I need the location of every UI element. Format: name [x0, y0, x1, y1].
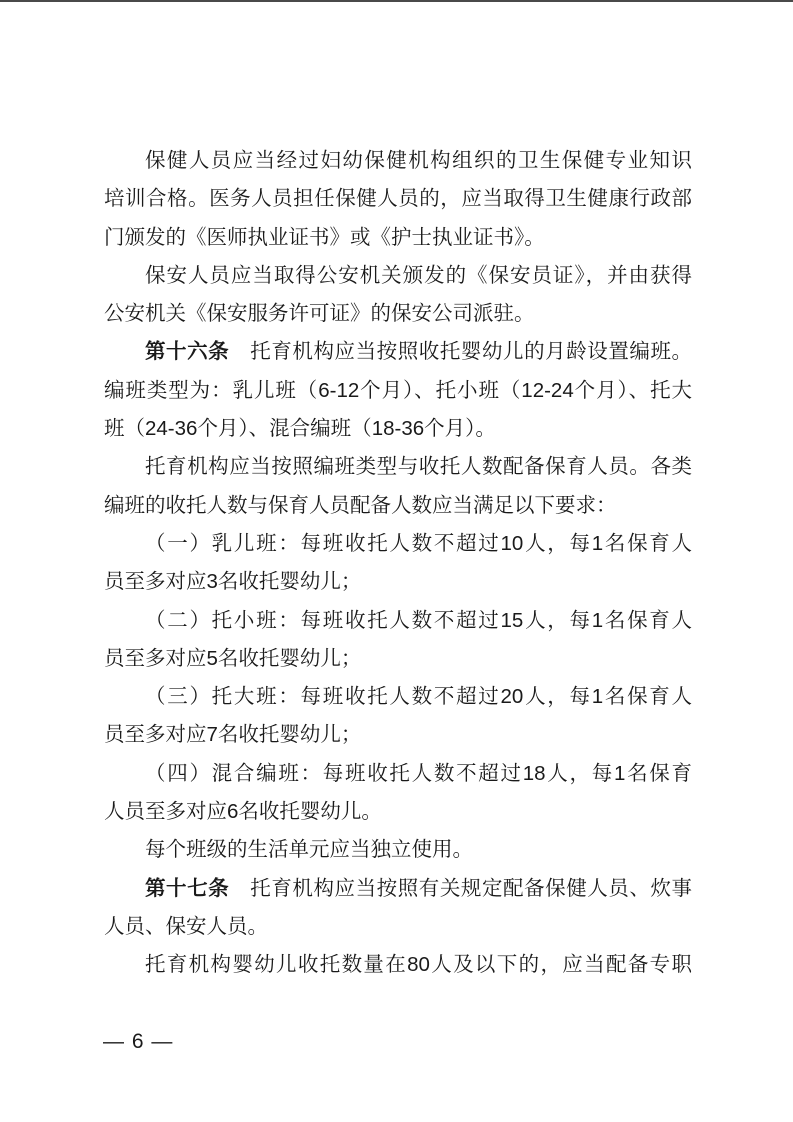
paragraph: 保健人员应当经过妇幼保健机构组织的卫生保健专业知识培训合格。医务人员担任保健人员…	[104, 142, 692, 257]
text-line: 托育机构婴幼儿收托数量在80人及以下的，应当配备专职	[104, 946, 692, 984]
paragraph: （二）托小班：每班收托人数不超过15人，每1名保育人员至多对应5名收托婴幼儿；	[104, 602, 692, 679]
page-number: — 6 —	[103, 1029, 173, 1055]
text-line: （四）混合编班：每班收托人数不超过18人，每1名保育	[104, 755, 692, 793]
paragraph: （三）托大班：每班收托人数不超过20人，每1名保育人员至多对应7名收托婴幼儿；	[104, 678, 692, 755]
paragraph: 托育机构应当按照编班类型与收托人数配备保育人员。各类编班的收托人数与保育人员配备…	[104, 448, 692, 525]
paragraph: 保安人员应当取得公安机关颁发的《保安员证》，并由获得公安机关《保安服务许可证》的…	[104, 257, 692, 334]
paragraph: 第十七条 托育机构应当按照有关规定配备保健人员、炊事人员、保安人员。	[104, 870, 692, 947]
document-page: 保健人员应当经过妇幼保健机构组织的卫生保健专业知识培训合格。医务人员担任保健人员…	[0, 0, 793, 1122]
text-block: 保健人员应当经过妇幼保健机构组织的卫生保健专业知识培训合格。医务人员担任保健人员…	[104, 142, 692, 985]
paragraph: 第十六条 托育机构应当按照收托婴幼儿的月龄设置编班。编班类型为：乳儿班（6-12…	[104, 333, 692, 448]
text-line: 门颁发的《医师执业证书》或《护士执业证书》。	[104, 219, 692, 257]
paragraph: （一）乳儿班：每班收托人数不超过10人，每1名保育人员至多对应3名收托婴幼儿；	[104, 525, 692, 602]
text-line: 班（24-36个月）、混合编班（18-36个月）。	[104, 410, 692, 448]
paragraph: 每个班级的生活单元应当独立使用。	[104, 831, 692, 869]
text-line: 编班的收托人数与保育人员配备人数应当满足以下要求：	[104, 487, 692, 525]
paragraph: （四）混合编班：每班收托人数不超过18人，每1名保育人员至多对应6名收托婴幼儿。	[104, 755, 692, 832]
text-line: （三）托大班：每班收托人数不超过20人，每1名保育人	[104, 678, 692, 716]
text-line: 保健人员应当经过妇幼保健机构组织的卫生保健专业知识	[104, 142, 692, 180]
text-line: 培训合格。医务人员担任保健人员的，应当取得卫生健康行政部	[104, 180, 692, 218]
text-line: 员至多对应7名收托婴幼儿；	[104, 716, 692, 754]
article-number: 第十七条	[145, 877, 229, 900]
text-line: 人员、保安人员。	[104, 908, 692, 946]
text-line: 第十七条 托育机构应当按照有关规定配备保健人员、炊事	[104, 870, 692, 908]
text-line: 公安机关《保安服务许可证》的保安公司派驻。	[104, 295, 692, 333]
scan-edge-line	[0, 0, 793, 2]
paragraph: 托育机构婴幼儿收托数量在80人及以下的，应当配备专职	[104, 946, 692, 984]
text-line: 保安人员应当取得公安机关颁发的《保安员证》，并由获得	[104, 257, 692, 295]
text-line: 托育机构应当按照编班类型与收托人数配备保育人员。各类	[104, 448, 692, 486]
text-line: 第十六条 托育机构应当按照收托婴幼儿的月龄设置编班。	[104, 333, 692, 371]
text-line: 人员至多对应6名收托婴幼儿。	[104, 793, 692, 831]
text-line: （二）托小班：每班收托人数不超过15人，每1名保育人	[104, 602, 692, 640]
text-line: 编班类型为：乳儿班（6-12个月）、托小班（12-24个月）、托大	[104, 372, 692, 410]
text-line: 员至多对应3名收托婴幼儿；	[104, 563, 692, 601]
article-number: 第十六条	[145, 340, 229, 363]
text-line: 每个班级的生活单元应当独立使用。	[104, 831, 692, 869]
text-line: （一）乳儿班：每班收托人数不超过10人，每1名保育人	[104, 525, 692, 563]
text-line: 员至多对应5名收托婴幼儿；	[104, 640, 692, 678]
